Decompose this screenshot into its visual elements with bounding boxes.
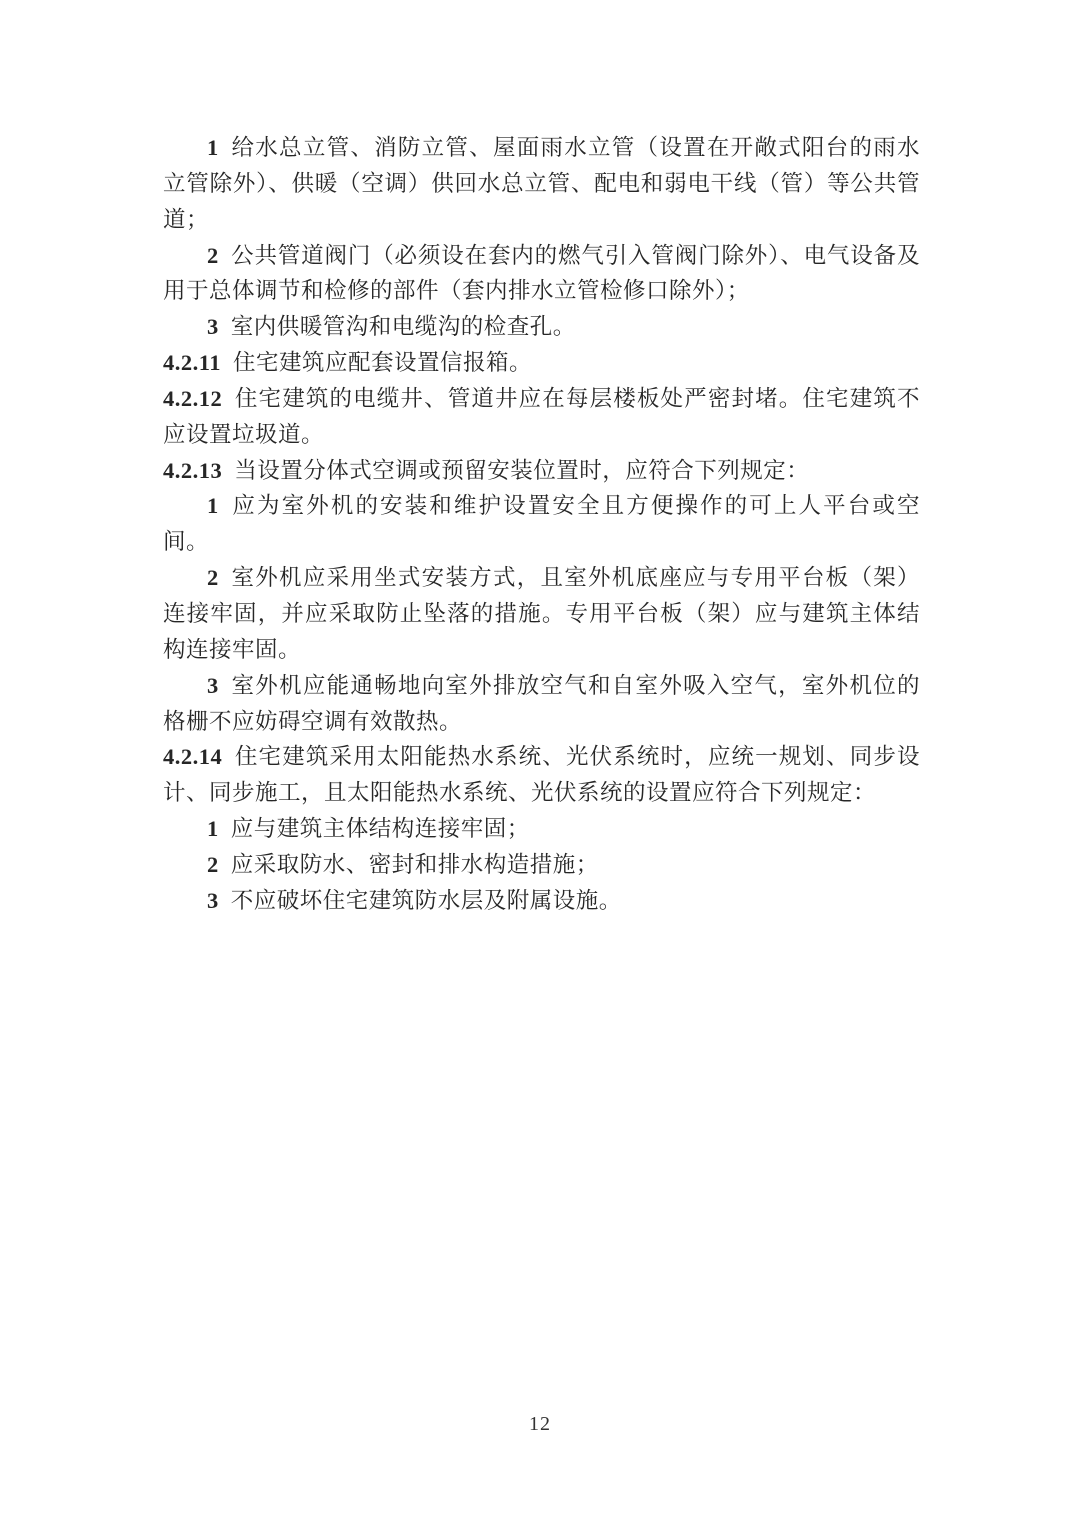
clause-text: 住宅建筑应配套设置信报箱。 xyxy=(233,350,532,375)
clause-4-2-14: 4.2.14住宅建筑采用太阳能热水系统、光伏系统时，应统一规划、同步设计、同步施… xyxy=(163,739,920,811)
list-item-1: 1应为室外机的安装和维护设置安全且方便操作的可上人平台或空间。 xyxy=(163,488,920,560)
item-number: 3 xyxy=(207,673,219,698)
clause-number: 4.2.12 xyxy=(163,386,222,411)
item-number: 2 xyxy=(207,565,219,590)
item-text: 室内供暖管沟和电缆沟的检查孔。 xyxy=(231,314,576,339)
clause-number: 4.2.13 xyxy=(163,458,222,483)
list-item-2: 2公共管道阀门（必须设在套内的燃气引入管阀门除外）、电气设备及用于总体调节和检修… xyxy=(163,238,920,310)
item-text: 应采取防水、密封和排水构造措施； xyxy=(231,852,599,877)
clause-number: 4.2.11 xyxy=(163,350,221,375)
list-item-1: 1给水总立管、消防立管、屋面雨水立管（设置在开敞式阳台的雨水立管除外）、供暖（空… xyxy=(163,130,920,238)
clause-text: 住宅建筑的电缆井、管道井应在每层楼板处严密封堵。住宅建筑不应设置垃圾道。 xyxy=(163,386,920,447)
document-body: 1给水总立管、消防立管、屋面雨水立管（设置在开敞式阳台的雨水立管除外）、供暖（空… xyxy=(163,130,920,919)
item-number: 1 xyxy=(207,816,219,841)
clause-4-2-12: 4.2.12住宅建筑的电缆井、管道井应在每层楼板处严密封堵。住宅建筑不应设置垃圾… xyxy=(163,381,920,453)
item-number: 3 xyxy=(207,888,219,913)
item-text: 公共管道阀门（必须设在套内的燃气引入管阀门除外）、电气设备及用于总体调节和检修的… xyxy=(163,243,920,304)
list-item-3: 3室外机应能通畅地向室外排放空气和自室外吸入空气，室外机位的格栅不应妨碍空调有效… xyxy=(163,668,920,740)
page-number: 12 xyxy=(0,1410,1080,1438)
item-number: 3 xyxy=(207,314,219,339)
list-item-3: 3室内供暖管沟和电缆沟的检查孔。 xyxy=(163,309,920,345)
clause-text: 住宅建筑采用太阳能热水系统、光伏系统时，应统一规划、同步设计、同步施工，且太阳能… xyxy=(163,744,920,805)
list-item-3: 3不应破坏住宅建筑防水层及附属设施。 xyxy=(163,883,920,919)
item-text: 应为室外机的安装和维护设置安全且方便操作的可上人平台或空间。 xyxy=(163,493,920,554)
item-text: 应与建筑主体结构连接牢固； xyxy=(231,816,530,841)
clause-4-2-11: 4.2.11住宅建筑应配套设置信报箱。 xyxy=(163,345,920,381)
item-number: 2 xyxy=(207,243,219,268)
document-page: 1给水总立管、消防立管、屋面雨水立管（设置在开敞式阳台的雨水立管除外）、供暖（空… xyxy=(0,0,1080,1527)
list-item-2: 2应采取防水、密封和排水构造措施； xyxy=(163,847,920,883)
item-number: 1 xyxy=(207,135,219,160)
item-text: 不应破坏住宅建筑防水层及附属设施。 xyxy=(231,888,622,913)
item-number: 1 xyxy=(207,493,219,518)
item-text: 给水总立管、消防立管、屋面雨水立管（设置在开敞式阳台的雨水立管除外）、供暖（空调… xyxy=(163,135,920,232)
item-number: 2 xyxy=(207,852,219,877)
clause-4-2-13: 4.2.13当设置分体式空调或预留安装位置时，应符合下列规定： xyxy=(163,453,920,489)
clause-text: 当设置分体式空调或预留安装位置时，应符合下列规定： xyxy=(234,458,809,483)
list-item-1: 1应与建筑主体结构连接牢固； xyxy=(163,811,920,847)
item-text: 室外机应采用坐式安装方式，且室外机底座应与专用平台板（架）连接牢固，并应采取防止… xyxy=(163,565,920,662)
item-text: 室外机应能通畅地向室外排放空气和自室外吸入空气，室外机位的格栅不应妨碍空调有效散… xyxy=(163,673,920,734)
clause-number: 4.2.14 xyxy=(163,744,222,769)
list-item-2: 2室外机应采用坐式安装方式，且室外机底座应与专用平台板（架）连接牢固，并应采取防… xyxy=(163,560,920,668)
